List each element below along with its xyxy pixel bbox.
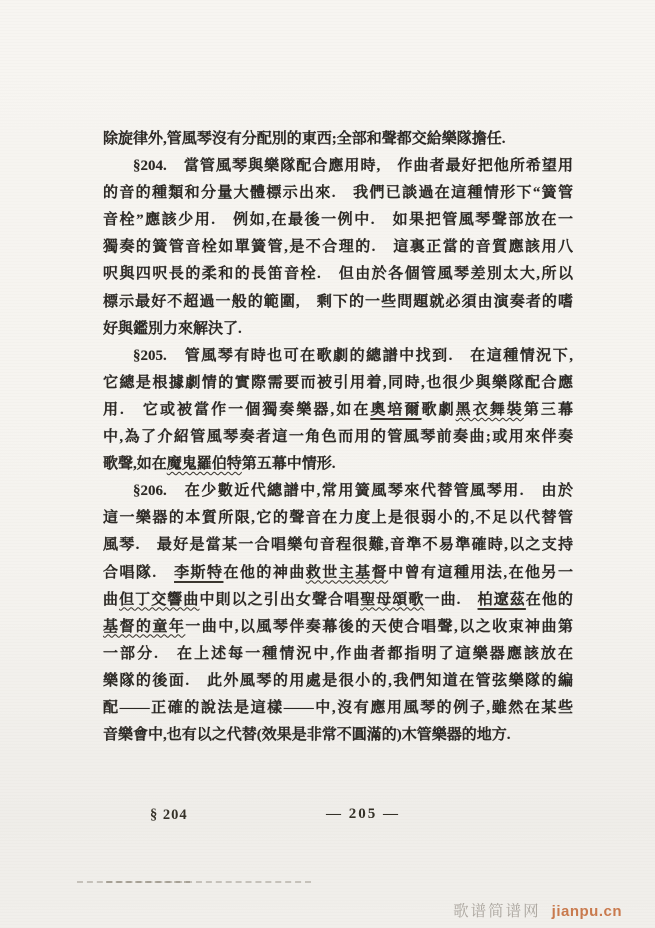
text-run: 獨奏的簧管音栓如單簧管,是不合理的. 這裏正當的音質應該用八 (103, 239, 573, 255)
text-line: 標示最好不超過一般的範圍, 剩下的一些問題就必須由演奏者的嗜 (103, 289, 573, 316)
text-run: 標示最好不超過一般的範圍, 剩下的一些問題就必須由演奏者的嗜 (103, 294, 573, 310)
text-run: 風琴. 最好是當某一合唱樂句音程很難,音準不易準確時,以之支持 (103, 537, 573, 553)
text-line: 一部分. 在上述每一種情況中,作曲者都指明了這樂器應該放在 (103, 641, 573, 668)
work-title-underlined: 黑衣舞裝 (456, 402, 524, 418)
watermark: 歌谱简谱网 jianpu.cn (0, 899, 622, 921)
text-line: 樂隊的後面. 此外風琴的用處是很小的,我們知道在管弦樂隊的編 (103, 668, 573, 695)
text-run: 歌劇 (422, 402, 456, 418)
text-line: 它總是根據劇情的實際需要而被引用着,同時,也很少與樂隊配合應 (103, 370, 573, 397)
book-page: 除旋律外,管風琴沒有分配別的東西;全部和聲都交給樂隊擔任.§204. 當管風琴與… (0, 0, 655, 928)
text-line: 音樂會中,也有以之代替(效果是非常不圓滿的)木管樂器的地方. (103, 722, 573, 749)
text-line: 歌聲,如在魔鬼羅伯特第五幕中情形. (103, 451, 573, 478)
text-run: 第五幕中情形. (242, 456, 336, 472)
work-title-underlined: 聖母頌歌 (360, 592, 424, 608)
text-line: 好與鑑別力來解決了. (103, 316, 573, 343)
text-run: 好與鑑別力來解決了. (103, 321, 242, 337)
text-run: 這一樂器的本質所限,它的聲音在力度上是很弱小的,不足以代替管 (103, 510, 573, 526)
text-run: 一曲. (425, 592, 478, 608)
text-line: 獨奏的簧管音栓如單簧管,是不合理的. 這裏正當的音質應該用八 (103, 234, 573, 261)
text-run: §204. 當管風琴與樂隊配合應用時, 作曲者最好把他所希望用 (133, 158, 573, 174)
scan-artifact-dashed-line-dark (106, 881, 190, 883)
text-run: 第三幕 (524, 402, 573, 418)
text-run: 歌聲,如在 (103, 456, 167, 472)
text-run: §205. 管風琴有時也可在歌劇的總譜中找到. 在這種情況下, (133, 348, 573, 364)
text-run: 呎與四呎長的柔和的長笛音栓. 但由於各個管風琴差別太大,所以 (103, 266, 573, 282)
footer-section-ref: § 204 (150, 807, 188, 824)
person-name-underlined: 柏遼茲 (478, 592, 526, 608)
text-run: 中曾有這種用法,在他另一 (388, 565, 573, 581)
text-run: 在他的 (526, 592, 573, 608)
text-run: 中,為了介紹管風琴奏者這一角色而用的管風琴前奏曲;或用來伴奏 (103, 429, 573, 445)
text-line: 除旋律外,管風琴沒有分配別的東西;全部和聲都交給樂隊擔任. (103, 126, 573, 153)
text-line: 基督的童年一曲中,以風琴伴奏幕後的天使合唱聲,以之收束神曲第 (103, 614, 573, 641)
text-run: §206. 在少數近代總譜中,常用簧風琴來代替管風琴用. 由於 (133, 483, 573, 499)
text-run: 的音的種類和分量大體標示出來. 我們已談過在這種情形下“簧管 (103, 185, 573, 201)
text-run: 一部分. 在上述每一種情況中,作曲者都指明了這樂器應該放在 (103, 646, 573, 662)
body-text: 除旋律外,管風琴沒有分配別的東西;全部和聲都交給樂隊擔任.§204. 當管風琴與… (103, 126, 573, 749)
work-title-underlined: 救世主基督 (306, 565, 388, 581)
work-title-underlined: 魔鬼羅伯特 (167, 456, 242, 472)
text-line: 用. 它或被當作一個獨奏樂器,如在奧培爾歌劇黑衣舞裝第三幕 (103, 397, 573, 424)
text-line: 曲但丁交響曲中則以之引出女聲合唱聖母頌歌一曲. 柏遼茲在他的 (103, 587, 573, 614)
work-title-underlined: 但丁交響曲 (119, 592, 199, 608)
text-run: 樂隊的後面. 此外風琴的用處是很小的,我們知道在管弦樂隊的編 (103, 673, 573, 689)
work-title-underlined: 基督的童年 (103, 619, 185, 635)
text-line: 風琴. 最好是當某一合唱樂句音程很難,音準不易準確時,以之支持 (103, 532, 573, 559)
text-line: 配——正確的說法是這樣——中,沒有應用風琴的例子,雖然在某些 (103, 695, 573, 722)
text-line: §204. 當管風琴與樂隊配合應用時, 作曲者最好把他所希望用 (103, 153, 573, 180)
text-run: 配——正確的說法是這樣——中,沒有應用風琴的例子,雖然在某些 (103, 700, 573, 716)
person-name-underlined: 奧培爾 (370, 402, 421, 418)
footer-page-number: — 205 — (326, 806, 400, 823)
text-run: 它總是根據劇情的實際需要而被引用着,同時,也很少與樂隊配合應 (103, 375, 573, 391)
text-line: 呎與四呎長的柔和的長笛音栓. 但由於各個管風琴差別太大,所以 (103, 261, 573, 288)
text-run: 曲 (103, 592, 119, 608)
text-run: 音樂會中,也有以之代替(效果是非常不圓滿的)木管樂器的地方. (103, 727, 511, 743)
text-line: §206. 在少數近代總譜中,常用簧風琴來代替管風琴用. 由於 (103, 478, 573, 505)
text-run: 中則以之引出女聲合唱 (199, 592, 360, 608)
text-line: 中,為了介紹管風琴奏者這一角色而用的管風琴前奏曲;或用來伴奏 (103, 424, 573, 451)
text-run: 音栓”應該少用. 例如,在最後一例中. 如果把管風琴聲部放在一 (103, 212, 573, 228)
text-run: 除旋律外,管風琴沒有分配別的東西;全部和聲都交給樂隊擔任. (103, 131, 506, 147)
text-line: 音栓”應該少用. 例如,在最後一例中. 如果把管風琴聲部放在一 (103, 207, 573, 234)
text-line: 這一樂器的本質所限,它的聲音在力度上是很弱小的,不足以代替管 (103, 505, 573, 532)
text-line: 合唱隊. 李斯特在他的神曲救世主基督中曾有這種用法,在他另一 (103, 560, 573, 587)
person-name-underlined: 李斯特 (174, 565, 223, 581)
text-line: 的音的種類和分量大體標示出來. 我們已談過在這種情形下“簧管 (103, 180, 573, 207)
text-run: 合唱隊. (103, 565, 174, 581)
text-run: 用. 它或被當作一個獨奏樂器,如在 (103, 402, 370, 418)
text-run: 在他的神曲 (223, 565, 305, 581)
text-line: §205. 管風琴有時也可在歌劇的總譜中找到. 在這種情況下, (103, 343, 573, 370)
watermark-site-url: jianpu.cn (552, 903, 622, 920)
text-run: 一曲中,以風琴伴奏幕後的天使合唱聲,以之收束神曲第 (185, 619, 573, 635)
watermark-site-name: 歌谱简谱网 (453, 903, 541, 920)
